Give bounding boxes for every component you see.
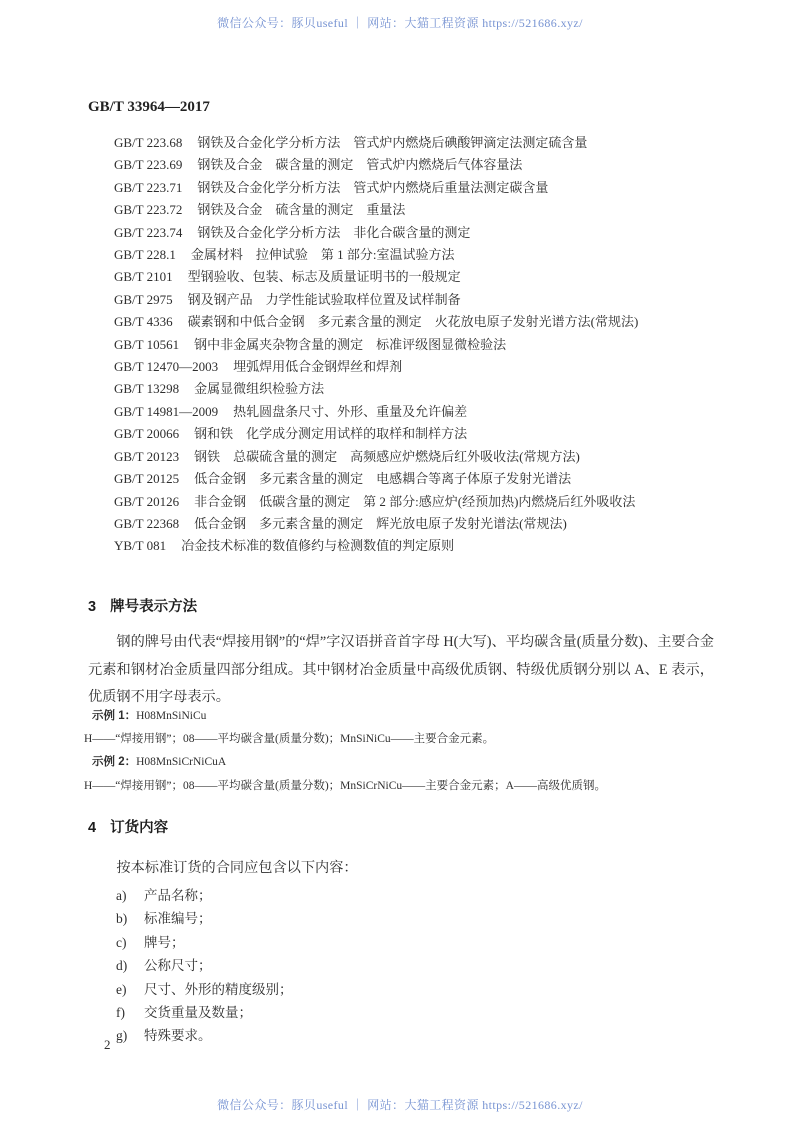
reference-item: GB/T 20123钢铁 总碳硫含量的测定 高频感应炉燃烧后红外吸收法(常规方法… [114,446,638,468]
reference-code: GB/T 10561 [114,337,179,352]
footer-watermark: 微信公众号：豚贝useful ｜ 网站：大猫工程资源 https://52168… [0,1096,800,1113]
reference-item: GB/T 223.69钢铁及合金 碳含量的测定 管式炉内燃烧后气体容量法 [114,154,638,176]
reference-code: GB/T 22368 [114,516,179,531]
reference-title: 低合金钢 多元素含量的测定 电感耦合等离子体原子发射光谱法 [194,471,571,486]
list-item: b)标准编号； [116,907,293,930]
reference-code: GB/T 223.68 [114,135,182,150]
section-4-heading: 4订货内容 [88,816,168,837]
item-text: 公称尺寸； [144,958,212,973]
section-3-paragraph: 钢的牌号由代表“焊接用钢”的“焊”字汉语拼音首字母 H(大写)、平均碳含量(质量… [88,629,714,712]
reference-code: GB/T 223.72 [114,202,182,217]
section-title: 牌号表示方法 [110,599,197,615]
normative-references-list: GB/T 223.68钢铁及合金化学分析方法 管式炉内燃烧后碘酸钾滴定法测定硫含… [114,132,638,558]
list-item: c)牌号； [116,931,293,954]
list-item: a)产品名称； [116,884,293,907]
reference-title: 钢铁及合金 碳含量的测定 管式炉内燃烧后气体容量法 [197,157,522,172]
reference-code: GB/T 4336 [114,314,173,329]
example-2-header: 示例 2：H08MnSiCrNiCuA [84,751,606,774]
reference-item: GB/T 13298金属显微组织检验方法 [114,378,638,400]
reference-item: GB/T 20126非合金钢 低碳含量的测定 第 2 部分:感应炉(经预加热)内… [114,491,638,513]
reference-code: GB/T 20126 [114,494,179,509]
reference-item: GB/T 22368低合金钢 多元素含量的测定 辉光放电原子发射光谱法(常规法) [114,513,638,535]
reference-item: GB/T 12470—2003埋弧焊用低合金钢焊丝和焊剂 [114,356,638,378]
item-letter: d) [116,954,144,977]
item-text: 牌号； [144,935,185,950]
item-text: 产品名称； [144,888,212,903]
reference-title: 钢铁及合金 硫含量的测定 重量法 [197,202,405,217]
reference-item: GB/T 2101型钢验收、包装、标志及质量证明书的一般规定 [114,266,638,288]
reference-code: GB/T 13298 [114,381,179,396]
reference-item: GB/T 228.1金属材料 拉伸试验 第 1 部分:室温试验方法 [114,244,638,266]
section-number: 4 [88,820,96,836]
example-1-header: 示例 1：H08MnSiNiCu [84,705,606,728]
designation-examples: 示例 1：H08MnSiNiCu H——“焊接用钢”；08——平均碳含量(质量分… [84,705,606,798]
example-1-label: 示例 1： [92,710,136,722]
item-letter: f) [116,1001,144,1024]
reference-code: GB/T 2101 [114,269,173,284]
reference-code: GB/T 2975 [114,292,173,307]
reference-code: GB/T 20125 [114,471,179,486]
list-item: e)尺寸、外形的精度级别； [116,978,293,1001]
header-watermark: 微信公众号：豚贝useful ｜ 网站：大猫工程资源 https://52168… [0,14,800,31]
reference-item: GB/T 20125低合金钢 多元素含量的测定 电感耦合等离子体原子发射光谱法 [114,468,638,490]
section-3-heading: 3牌号表示方法 [88,595,197,616]
reference-title: 金属显微组织检验方法 [194,381,324,396]
example-2-code: H08MnSiCrNiCuA [136,756,226,768]
reference-title: 钢和铁 化学成分测定用试样的取样和制样方法 [194,426,467,441]
reference-code: GB/T 223.69 [114,157,182,172]
reference-title: 钢铁及合金化学分析方法 管式炉内燃烧后重量法测定碳含量 [197,180,548,195]
reference-title: 钢中非金属夹杂物含量的测定 标准评级图显微检验法 [194,337,506,352]
item-text: 特殊要求。 [144,1028,212,1043]
reference-title: 钢铁及合金化学分析方法 管式炉内燃烧后碘酸钾滴定法测定硫含量 [197,135,587,150]
reference-item: GB/T 223.74钢铁及合金化学分析方法 非化合碳含量的测定 [114,222,638,244]
item-letter: c) [116,931,144,954]
document-page: 微信公众号：豚贝useful ｜ 网站：大猫工程资源 https://52168… [0,0,800,1134]
list-item: f)交货重量及数量； [116,1001,293,1024]
item-text: 标准编号； [144,911,212,926]
item-text: 尺寸、外形的精度级别； [144,982,293,997]
reference-code: GB/T 14981—2009 [114,404,218,419]
reference-title: 非合金钢 低碳含量的测定 第 2 部分:感应炉(经预加热)内燃烧后红外吸收法 [194,494,635,509]
reference-code: GB/T 12470—2003 [114,359,218,374]
reference-code: GB/T 223.71 [114,180,182,195]
reference-title: 钢铁及合金化学分析方法 非化合碳含量的测定 [197,225,470,240]
page-number: 2 [104,1037,111,1053]
reference-item: GB/T 223.71钢铁及合金化学分析方法 管式炉内燃烧后重量法测定碳含量 [114,177,638,199]
reference-code: GB/T 228.1 [114,247,176,262]
reference-item: GB/T 223.68钢铁及合金化学分析方法 管式炉内燃烧后碘酸钾滴定法测定硫含… [114,132,638,154]
list-item: d)公称尺寸； [116,954,293,977]
ordering-content-list: a)产品名称； b)标准编号； c)牌号； d)公称尺寸； e)尺寸、外形的精度… [116,884,293,1048]
reference-code: GB/T 20066 [114,426,179,441]
reference-title: 碳素钢和中低合金钢 多元素含量的测定 火花放电原子发射光谱方法(常规法) [188,314,639,329]
reference-title: 热轧圆盘条尺寸、外形、重量及允许偏差 [233,404,467,419]
reference-title: 冶金技术标准的数值修约与检测数值的判定原则 [181,538,454,553]
item-letter: a) [116,884,144,907]
reference-item: YB/T 081冶金技术标准的数值修约与检测数值的判定原则 [114,535,638,557]
reference-title: 型钢验收、包装、标志及质量证明书的一般规定 [188,269,461,284]
item-letter: e) [116,978,144,1001]
reference-title: 钢铁 总碳硫含量的测定 高频感应炉燃烧后红外吸收法(常规方法) [194,449,580,464]
section-number: 3 [88,599,96,615]
reference-code: GB/T 20123 [114,449,179,464]
reference-item: GB/T 2975钢及钢产品 力学性能试验取样位置及试样制备 [114,289,638,311]
reference-item: GB/T 4336碳素钢和中低合金钢 多元素含量的测定 火花放电原子发射光谱方法… [114,311,638,333]
example-1-description: H——“焊接用钢”；08——平均碳含量(质量分数)；MnSiNiCu——主要合金… [84,728,606,751]
reference-title: 金属材料 拉伸试验 第 1 部分:室温试验方法 [191,247,455,262]
reference-title: 钢及钢产品 力学性能试验取样位置及试样制备 [188,292,461,307]
reference-code: GB/T 223.74 [114,225,182,240]
example-2-description: H——“焊接用钢”；08——平均碳含量(质量分数)；MnSiCrNiCu——主要… [84,775,606,798]
example-1-code: H08MnSiNiCu [136,710,206,722]
example-2-label: 示例 2： [92,756,136,768]
item-letter: b) [116,907,144,930]
reference-title: 低合金钢 多元素含量的测定 辉光放电原子发射光谱法(常规法) [194,516,567,531]
reference-code: YB/T 081 [114,538,166,553]
item-text: 交货重量及数量； [144,1005,252,1020]
standard-number-header: GB/T 33964—2017 [88,99,210,116]
list-item: g)特殊要求。 [116,1024,293,1047]
reference-item: GB/T 14981—2009热轧圆盘条尺寸、外形、重量及允许偏差 [114,401,638,423]
reference-item: GB/T 10561钢中非金属夹杂物含量的测定 标准评级图显微检验法 [114,334,638,356]
section-4-intro: 按本标准订货的合同应包含以下内容： [88,857,714,877]
reference-title: 埋弧焊用低合金钢焊丝和焊剂 [233,359,402,374]
reference-item: GB/T 223.72钢铁及合金 硫含量的测定 重量法 [114,199,638,221]
reference-item: GB/T 20066钢和铁 化学成分测定用试样的取样和制样方法 [114,423,638,445]
item-letter: g) [116,1024,144,1047]
section-title: 订货内容 [110,820,168,836]
